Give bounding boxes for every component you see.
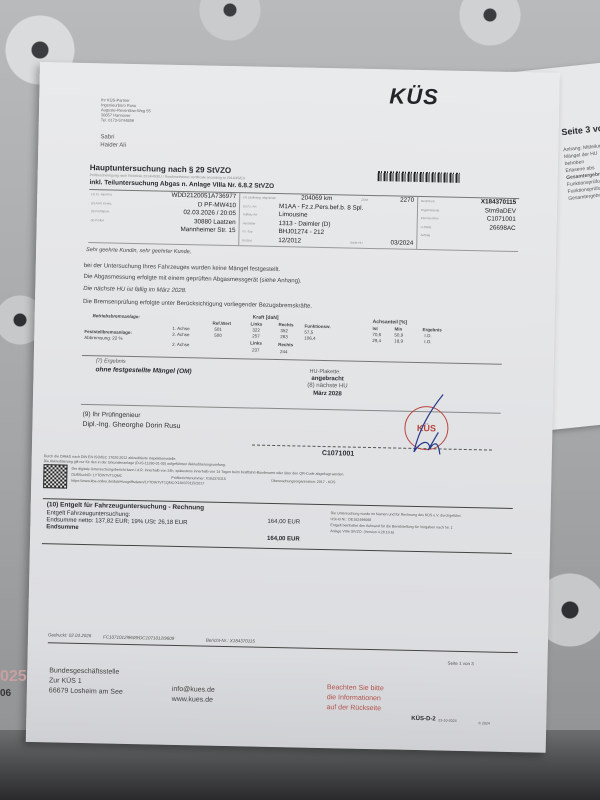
- col-func: Funktionsw.: [304, 324, 330, 330]
- field-label: ZOM: [361, 198, 368, 202]
- examiner-name: Dipl.-Ing. Gheorghe Dorin Rusu: [82, 421, 180, 430]
- inspection-street-value: Mannheimer Str. 15: [180, 226, 235, 234]
- field-label: Bericht-Nr.: [421, 199, 435, 203]
- parking-axle: 2. Achse: [172, 342, 189, 347]
- greeting: Sehr geehrte Kundin, sehr geehrter Kunde…: [86, 247, 191, 255]
- cell: 501: [214, 327, 222, 332]
- cell: 244: [280, 349, 288, 354]
- field-label: (2) Amtl. Kennz.: [91, 201, 112, 205]
- field-label: letzte HU: [350, 241, 362, 245]
- back-side-notice: Beachten Sie bitte die Informationen auf…: [326, 683, 383, 714]
- col-min: Min: [394, 326, 402, 331]
- printed-date: Gedruckt: 02.03.2026: [48, 632, 91, 638]
- page-indicator: Seite 1 von 3: [447, 661, 473, 667]
- sender-line: Tel. 0173-5744859: [101, 117, 151, 123]
- kues-logo: KÜS: [389, 83, 439, 110]
- cell: 263: [280, 334, 288, 339]
- result-label: (7) Ergebnis: [96, 358, 126, 365]
- vehicle-right-column: Bericht-Nr.X184370115 ErgebniscodeStm9aD…: [418, 197, 519, 251]
- field-label: Hersteller: [243, 221, 256, 225]
- contact-info: info@kues.de www.kues.de: [172, 685, 215, 706]
- recipient-address: Sabri Haider Ali: [100, 133, 126, 150]
- body-type-value: Limousine: [279, 211, 308, 219]
- field-label: Fz.-Typ: [242, 230, 252, 234]
- vehicle-class-value: M1AA - Fz.z.Pers.bef.b. 8 Spl.: [279, 203, 363, 212]
- cell: 57,5: [304, 330, 313, 335]
- cell: 257: [252, 334, 260, 339]
- col-actual: Ist: [372, 326, 377, 331]
- notice-line: auf der Rückseite: [326, 703, 383, 714]
- cell: 237: [252, 348, 260, 353]
- cell: 50,9: [394, 332, 403, 337]
- total-label: Endsumme: [46, 524, 78, 531]
- invoice-note: USt-Id Nr.: DE162499068: [330, 517, 371, 522]
- website-link[interactable]: www.kues.de: [172, 695, 215, 706]
- office-line: 66679 Losheim am See: [49, 686, 123, 698]
- invoice-note: Anlage VIIIe StVZO. (Version 4.28.10.6): [330, 529, 394, 534]
- id-number-value: C1071001: [487, 216, 516, 224]
- invoice-section: (10) Entgelt für Fahrzeuguntersuchung - …: [42, 498, 513, 554]
- field-label: Erstzul.: [242, 238, 252, 242]
- form-date: 23-10-2024: [438, 718, 456, 722]
- col-result: Ergebnis: [422, 327, 441, 332]
- cell: 29,4: [372, 338, 381, 343]
- result-value: ohne festgestellte Mängel (OM): [95, 366, 191, 375]
- manufacturer-value: 1313 - Daimler (D): [279, 220, 331, 228]
- vehicle-data-grid: (1) Fz.-Ident-Nr.WDD2120051A736977 (2) A…: [88, 189, 519, 252]
- organization-line: Überwachungsorganisation: 2017 - KÜS: [271, 479, 335, 484]
- qr-code[interactable]: [43, 464, 67, 488]
- total-value: 164,00 EUR: [267, 536, 300, 543]
- axle-share-header: Achsanteil [%]: [373, 319, 408, 326]
- deceleration: Abbremsung: 22 %: [84, 335, 122, 341]
- body-paragraph: bei der Untersuchung Ihres Fahrzeuges wu…: [84, 263, 281, 273]
- force-header: Kraft [daN]: [253, 315, 279, 322]
- footer-report-number: Bericht-Nr.: X184370115: [206, 638, 255, 644]
- examiner-number: C1071001: [322, 450, 354, 458]
- inspection-location-value: 30880 Laatzen: [194, 218, 236, 226]
- next-hu-value: März 2028: [313, 391, 342, 398]
- field-label: (3) Prüfort: [91, 218, 105, 222]
- next-hu-label: (8) nächste HU: [307, 383, 347, 390]
- barcode: [378, 171, 460, 183]
- document-title-secondary: inkl. Teiluntersuchung Abgas n. Anlage V…: [89, 179, 274, 190]
- cell: 352: [280, 328, 288, 333]
- fee-value: 164,00 EUR: [267, 519, 300, 526]
- sender-address: Ihr KÜS-Partner Ingenieurbüro Rusu Augus…: [101, 97, 151, 123]
- recipient-line: Haider Ali: [100, 141, 126, 150]
- vin-value: WDD2120051A736977: [171, 192, 236, 200]
- field-label: Auftrag: [420, 233, 430, 237]
- field-label: (3) Prüfdatum: [91, 209, 109, 213]
- plate-value: D PF-MW410: [198, 201, 236, 209]
- axle-2: 2. Achse: [172, 332, 189, 337]
- field-label: Kennnummer: [421, 216, 439, 220]
- first-registration-value: 12/2012: [278, 237, 301, 244]
- parking-right-label: Rechts: [278, 342, 293, 347]
- service-brake-label: Betriebsbremsanlage:: [93, 313, 140, 319]
- axle-1: 1. Achse: [172, 326, 189, 331]
- cell: 18,9: [394, 338, 403, 343]
- zom-value: 2270: [400, 197, 414, 204]
- last-hu-value: 03/2024: [390, 239, 413, 246]
- body-paragraph: Die Bremsenprüfung erfolgte unter Berück…: [83, 299, 312, 310]
- form-number: KÜS-D-2: [411, 716, 435, 723]
- col-right: Rechts: [279, 322, 294, 327]
- field-label: Aufbau-Art: [243, 212, 257, 216]
- field-label: (5) Fz.-Art: [243, 204, 257, 208]
- background-page-fragment: 06: [0, 688, 11, 699]
- col-ref: Ref.Wert: [213, 321, 232, 326]
- footer-divider: [48, 642, 518, 653]
- body-paragraph: Die Abgasmessung erfolgte mit einem gepr…: [83, 274, 301, 285]
- copyright: © 2024: [478, 721, 490, 725]
- plakette-label: HU-Plakette:: [310, 369, 341, 376]
- result-code-value: Stm9aDEV: [485, 207, 516, 215]
- field-label: (4) Laufleistg. abgelesen: [243, 195, 276, 200]
- examiner-label: (9) Ihr Prüfingenieur: [83, 411, 141, 419]
- cell: I.O.: [424, 339, 431, 344]
- field-label: U-Stelle: [421, 225, 432, 229]
- col-left: Links: [251, 321, 263, 326]
- field-label: (1) Fz.-Ident-Nr.: [91, 192, 112, 196]
- mileage-value: 204069 km: [301, 195, 332, 203]
- print-codes: FC1071012I9609/DC1071012I9609: [103, 634, 174, 640]
- vehicle-type-value: BHJ01274 - 212: [278, 228, 324, 236]
- side-page-title: Seite 3 von: [561, 122, 600, 137]
- parking-brake-label: Feststellbremsanlage:: [84, 329, 132, 335]
- cell: 322: [252, 328, 260, 333]
- plakette-value: angebracht: [311, 376, 343, 383]
- cell: I.O.: [424, 333, 431, 338]
- station-value: 26698AC: [489, 224, 515, 232]
- office-address: Bundesgeschäftsstelle Zur KÜS 1 66679 Lo…: [49, 666, 124, 698]
- body-paragraph: Die nächste HU ist fällig im März 2028.: [83, 286, 186, 294]
- cell: 106,4: [304, 336, 315, 341]
- cell: 70,6: [372, 332, 381, 337]
- inspection-date-value: 02.03.2026 / 20:05: [183, 209, 236, 217]
- inspection-report-sheet: KÜS Ihr KÜS-Partner Ingenieurbüro Rusu A…: [26, 62, 560, 753]
- field-label: Ergebniscode: [421, 208, 439, 212]
- vehicle-left-column: (1) Fz.-Ident-Nr.WDD2120051A736977 (2) A…: [88, 190, 240, 245]
- cell: 500: [214, 333, 222, 338]
- report-number-value: X184370115: [481, 198, 517, 206]
- vehicle-middle-column: (4) Laufleistg. abgelesen204069 kmZOM227…: [240, 193, 418, 249]
- dub-search-id: DUBSuchID: 1YTDW7VT1QMC: [71, 473, 122, 478]
- signature-icon: [398, 392, 459, 463]
- background-page-fragment: 025: [0, 668, 27, 686]
- parking-left-label: Links: [250, 340, 262, 345]
